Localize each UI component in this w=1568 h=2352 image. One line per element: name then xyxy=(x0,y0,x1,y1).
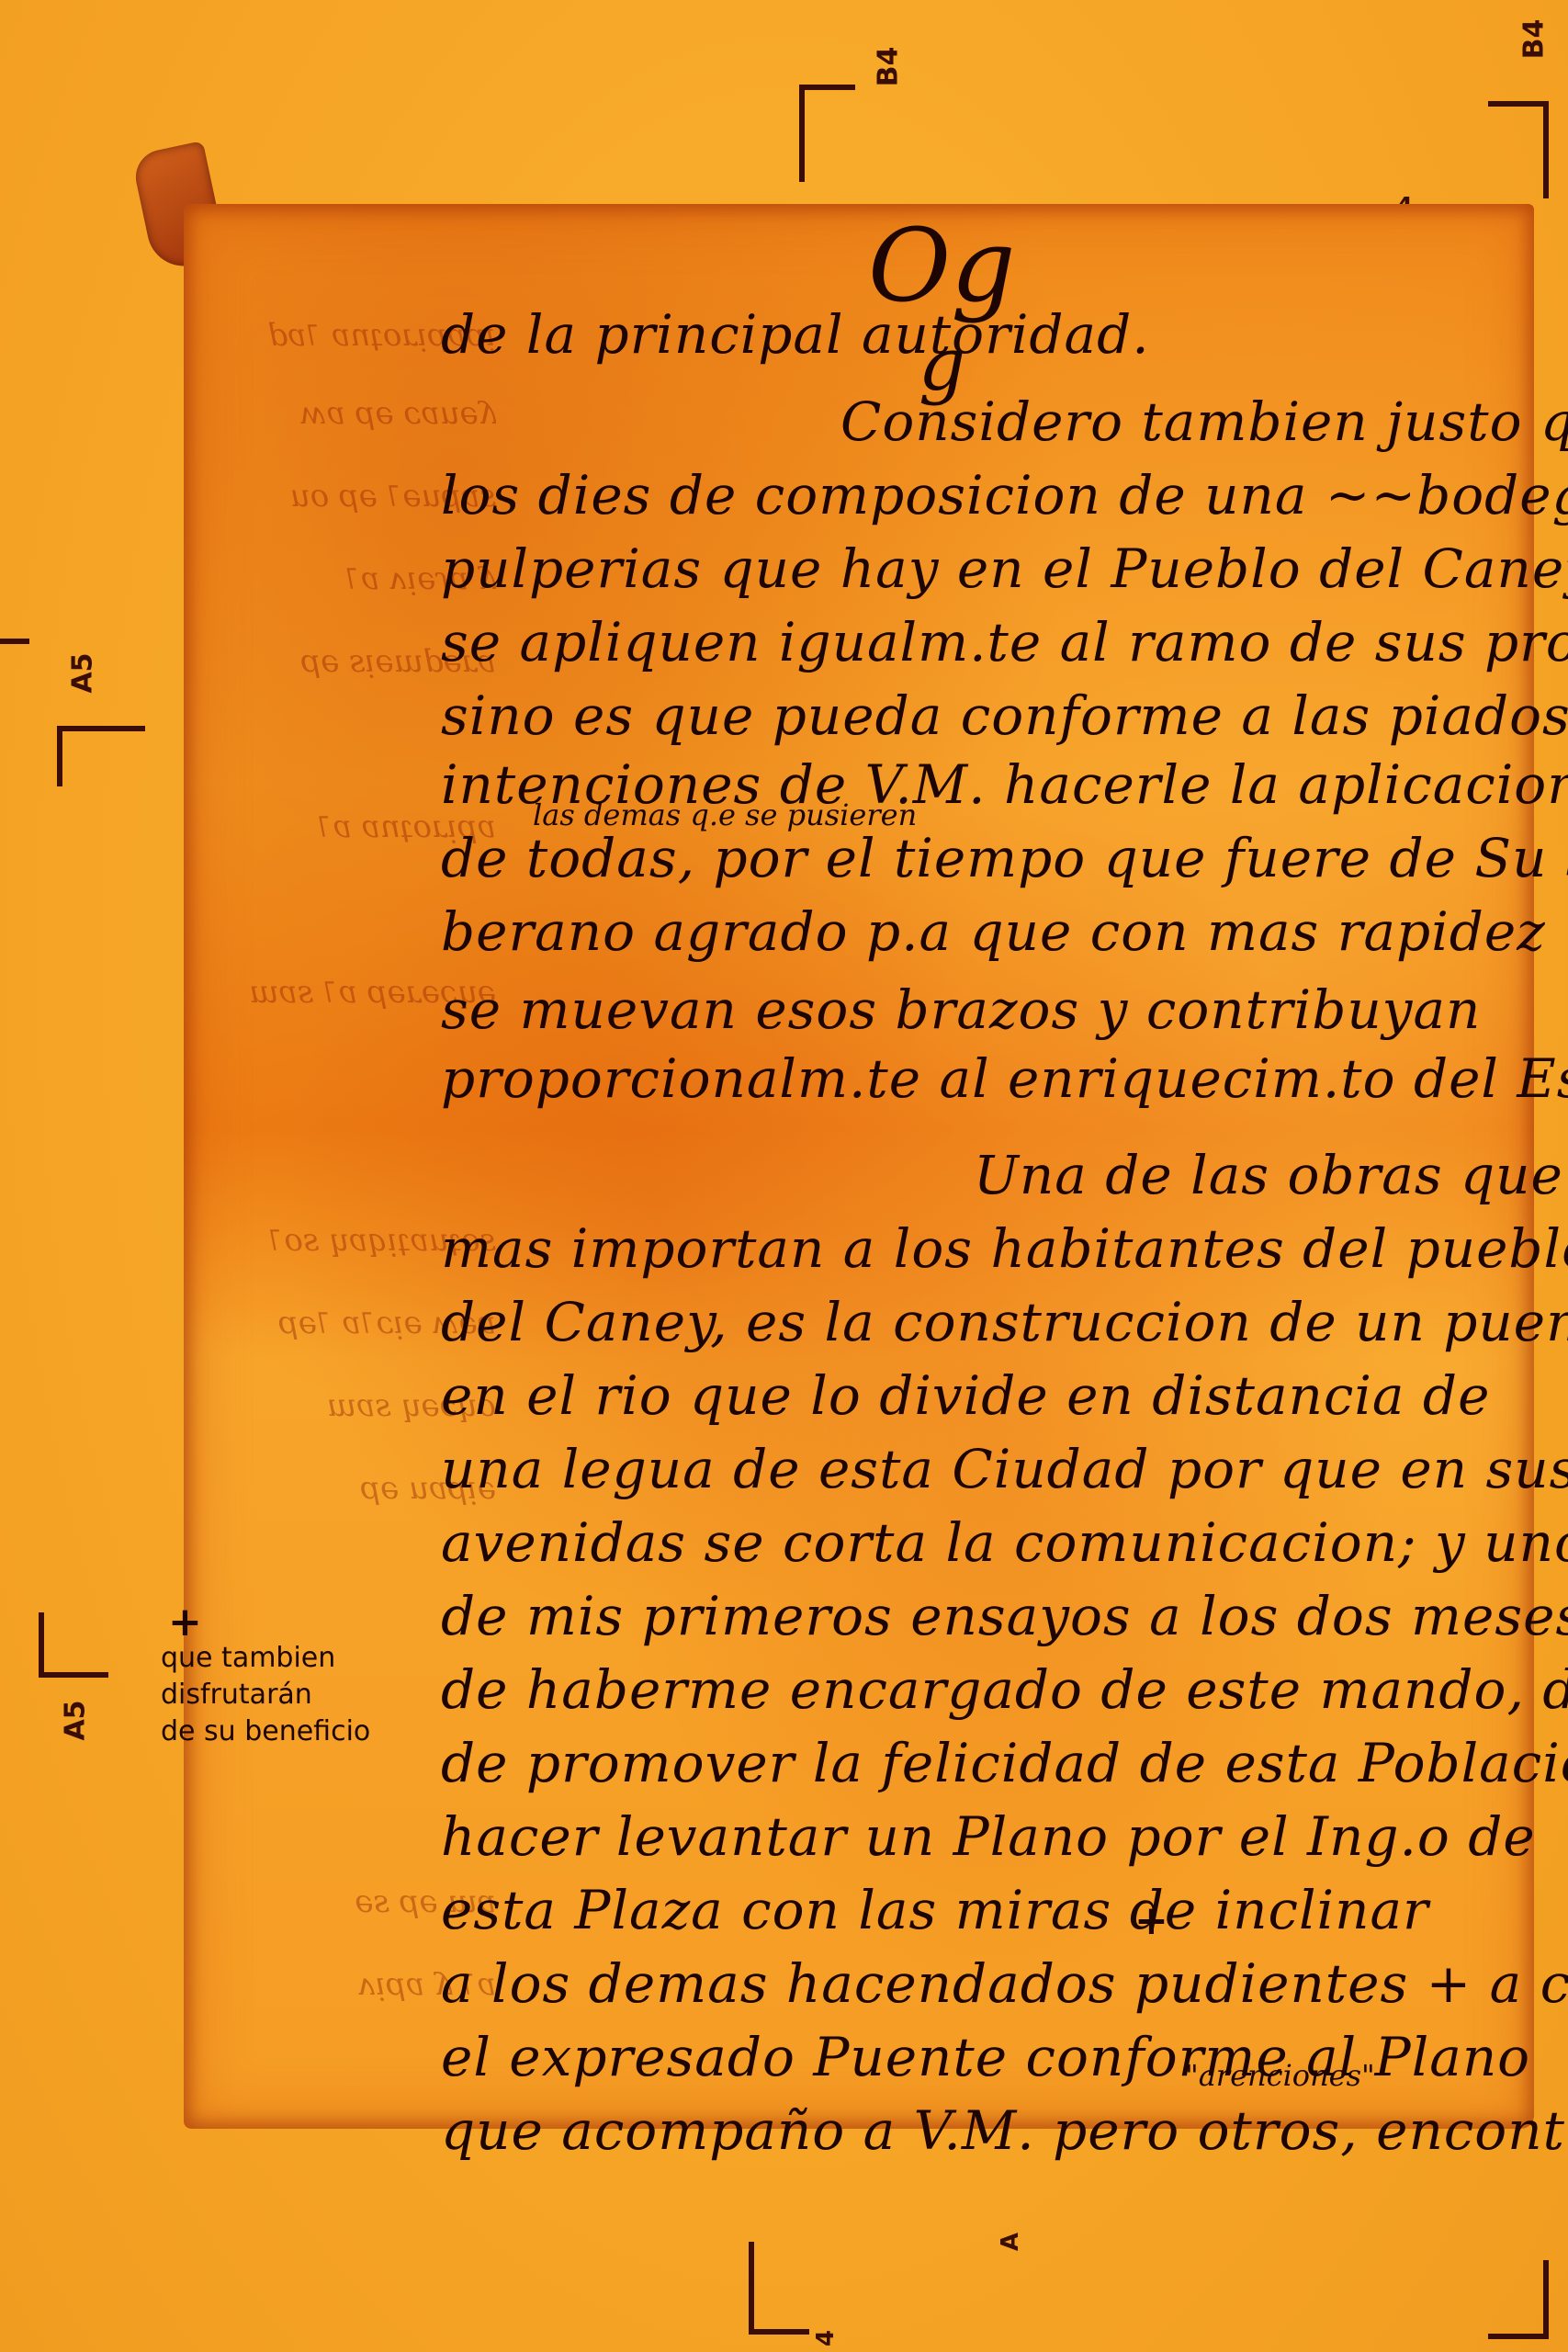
crop-mark-left-upper-tick xyxy=(0,639,29,644)
manuscript-line: de promover la felicidad de esta Poblaci… xyxy=(441,1732,1568,1794)
grid-label-bottom-left: 4 xyxy=(812,2330,840,2346)
grid-label-left-upper: A5 xyxy=(67,652,99,693)
manuscript-line: proporcionalm.te al enriquecim.to del Es… xyxy=(441,1047,1568,1110)
manuscript-line: avenidas se corta la comunicacion; y uno xyxy=(441,1511,1568,1574)
manuscript-line: berano agrado p.a que con mas rapidez xyxy=(441,900,1546,963)
bleed-through-text: ʎǝuɐɔ ǝp ɐʍ xyxy=(193,395,496,432)
crop-mark-left-lower xyxy=(39,1612,108,1678)
manuscript-line: pulperias que hay en el Pueblo del Caney xyxy=(441,537,1568,600)
manuscript-line: del Caney, es la construccion de un puen… xyxy=(441,1291,1568,1353)
marginal-note-line: que tambien xyxy=(161,1640,400,1677)
grid-label-top-center: B4 xyxy=(872,47,904,87)
manuscript-line: hacer levantar un Plano por el Ing.o de xyxy=(441,1805,1536,1868)
manuscript-line: esta Plaza con las miras de inclinar xyxy=(441,1879,1429,1941)
manuscript-line-heading: de la principal autoridad. xyxy=(441,303,1150,366)
manuscript-line: Considero tambien justo que xyxy=(840,390,1568,453)
crop-mark-bottom-right xyxy=(1488,2260,1549,2339)
crop-mark-bottom-left xyxy=(749,2242,809,2335)
manuscript-line: en el rio que lo divide en distancia de xyxy=(441,1364,1490,1427)
grid-label-bottom-right: A xyxy=(997,2233,1024,2251)
grid-label-top-right: B4 xyxy=(1517,19,1550,60)
marginal-note: que tambien disfrutarán de su beneficio xyxy=(161,1640,400,1750)
manuscript-line: de todas, por el tiempo que fuere de Su … xyxy=(441,827,1568,889)
marginal-note-line: de su beneficio xyxy=(161,1713,400,1750)
manuscript-line: una legua de esta Ciudad por que en sus xyxy=(441,1438,1568,1500)
manuscript-line: de mis primeros ensayos a los dos meses xyxy=(441,1585,1568,1647)
manuscript-line: de haberme encargado de este mando, dese… xyxy=(441,1658,1568,1721)
interlinear-insertion: "arenciones" xyxy=(1185,2058,1375,2093)
crop-mark-left-upper xyxy=(57,726,145,786)
manuscript-line: los dies de composicion de una ~~bodega~… xyxy=(441,464,1568,526)
manuscript-line: Una de las obras que xyxy=(974,1144,1563,1206)
insertion-cross-mark: + xyxy=(1134,1897,1168,1944)
grid-label-left-lower: A5 xyxy=(60,1700,92,1740)
manuscript-line: se apliquen igualm.te al ramo de sus pro… xyxy=(441,611,1568,673)
marginal-cross-mark: + xyxy=(168,1599,202,1645)
manuscript-line: sino es que pueda conforme a las piadosa… xyxy=(441,684,1568,747)
crop-mark-top-right xyxy=(1488,101,1549,198)
manuscript-line: mas importan a los habitantes del pueblo xyxy=(441,1217,1568,1280)
manuscript-line: a los demas hacendados pudientes + a cos… xyxy=(441,1952,1568,2015)
marginal-note-line: disfrutarán xyxy=(161,1677,400,1713)
manuscript-line: se muevan esos brazos y contribuyan xyxy=(441,978,1481,1041)
crop-mark-top-center xyxy=(799,85,855,182)
manuscript-line: que acompaño a V.M. pero otros, encontra… xyxy=(441,2099,1568,2162)
